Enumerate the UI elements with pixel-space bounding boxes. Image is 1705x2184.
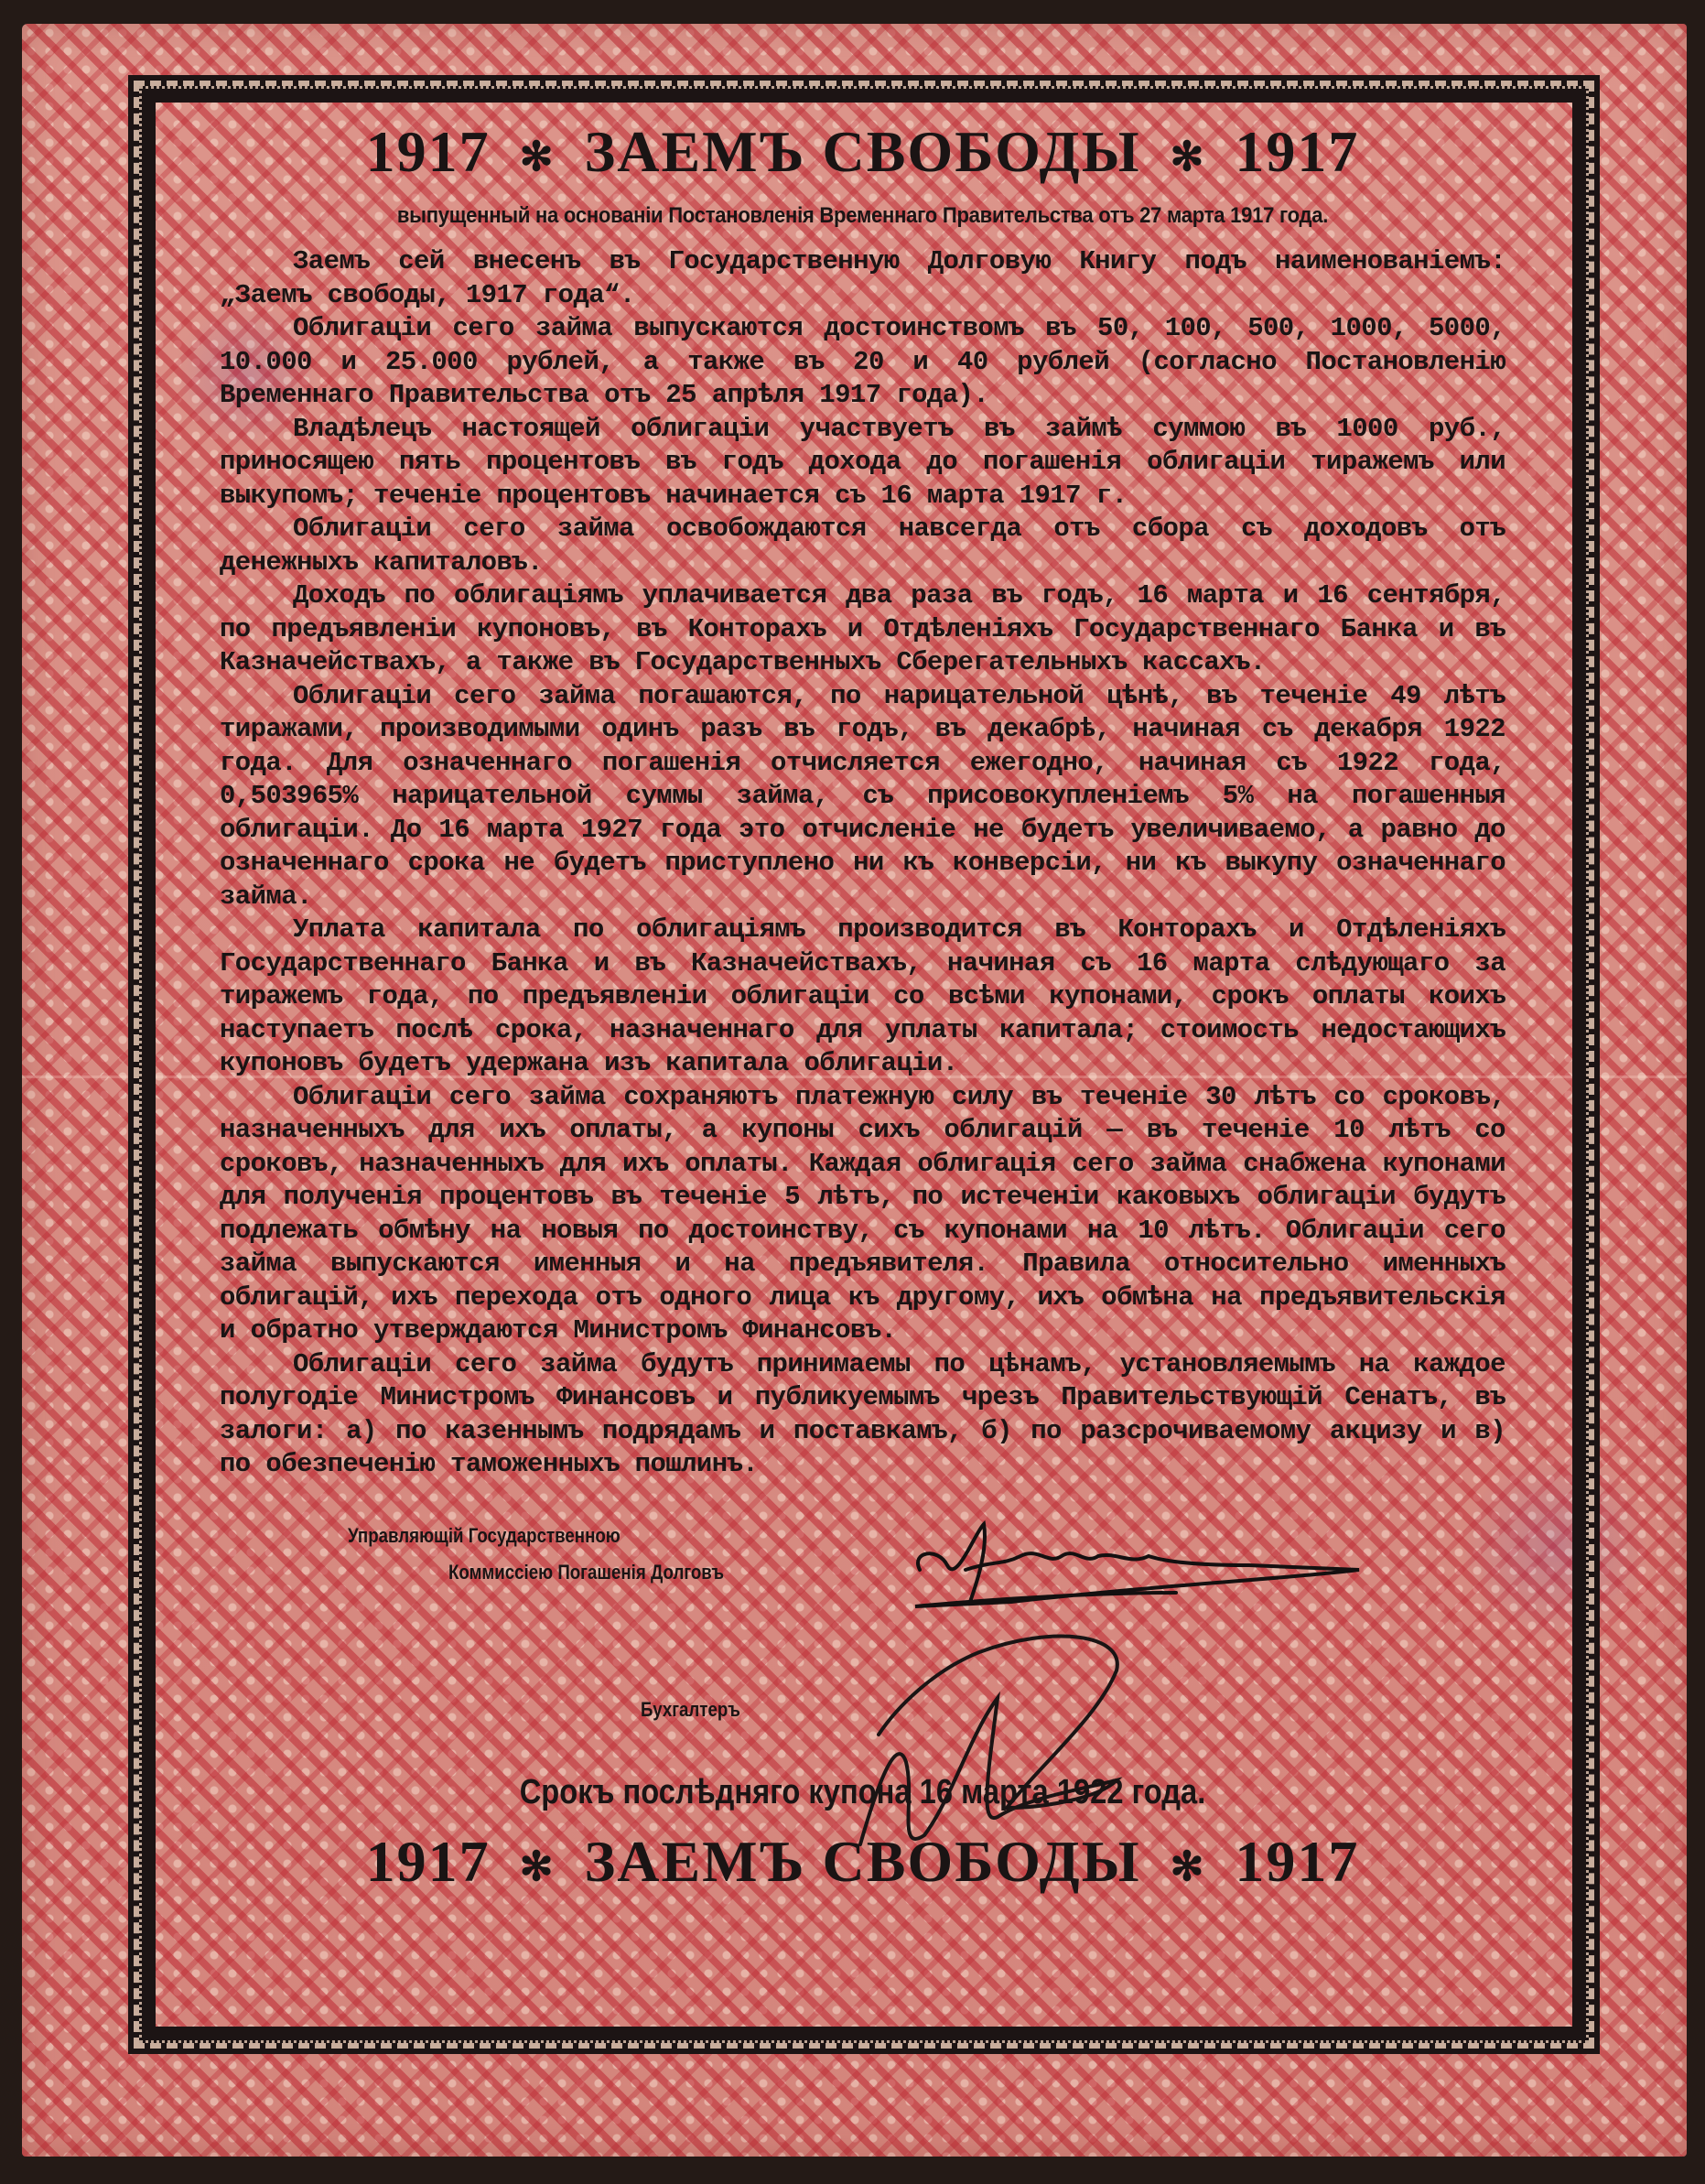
terms-paragraph: Облигацiи сего займа сохраняютъ платежну… (220, 1081, 1505, 1348)
signature-block: Управляющiй Государственною Коммиссiею П… (220, 1524, 1505, 1799)
asterisk-ornament-icon: ✻ (520, 1844, 556, 1889)
terms-paragraph: Облигацiи сего займа освобождаются навсе… (220, 513, 1505, 579)
title-main: ЗАЕМЪ СВОБОДЫ (584, 1829, 1140, 1894)
terms-paragraph: Владѣлецъ настоящей облигацiи участвуетъ… (220, 413, 1505, 514)
title-main: ЗАЕМЪ СВОБОДЫ (584, 119, 1140, 184)
terms-paragraph: Облигацiи сего займа выпускаются достоин… (220, 312, 1505, 413)
title-year-right: 1917 (1235, 1829, 1359, 1894)
terms-paragraph: Заемъ сей внесенъ въ Государственную Дол… (220, 245, 1505, 312)
title-year-left: 1917 (366, 119, 491, 184)
asterisk-ornament-icon: ✻ (520, 135, 556, 179)
terms-paragraph: Доходъ по облигацiямъ уплачивается два р… (220, 579, 1505, 680)
terms-paragraph: Облигацiи сего займа погашаются, по нари… (220, 680, 1505, 914)
terms-paragraph: Уплата капитала по облигацiямъ производи… (220, 914, 1505, 1081)
terms-paragraph: Облигацiи сего займа будутъ принимаемы п… (220, 1348, 1505, 1482)
bond-subtitle: выпущенный на основанiи Постановленiя Вр… (271, 203, 1454, 229)
asterisk-ornament-icon: ✻ (1171, 135, 1206, 179)
title-year-right: 1917 (1235, 119, 1359, 184)
bond-title-bottom: 1917 ✻ ЗАЕМЪ СВОБОДЫ ✻ 1917 (220, 1829, 1505, 1900)
asterisk-ornament-icon: ✻ (1171, 1844, 1206, 1889)
manager-signature-icon (901, 1515, 1377, 1625)
bond-content: 1917 ✻ ЗАЕМЪ СВОБОДЫ ✻ 1917 выпущенный н… (220, 119, 1505, 1900)
last-coupon-date: Срокъ послѣдняго купона 16 марта 1922 го… (309, 1773, 1415, 1812)
bond-title: 1917 ✻ ЗАЕМЪ СВОБОДЫ ✻ 1917 (220, 119, 1505, 190)
bond-terms: Заемъ сей внесенъ въ Государственную Дол… (220, 245, 1505, 1482)
signatory-title-line2: Коммиссiею Погашенiя Долговъ (448, 1561, 724, 1584)
signatory-title-line1: Управляющiй Государственною (348, 1524, 620, 1548)
title-year-left: 1917 (366, 1829, 491, 1894)
bookkeeper-label: Бухгалтеръ (641, 1698, 740, 1722)
